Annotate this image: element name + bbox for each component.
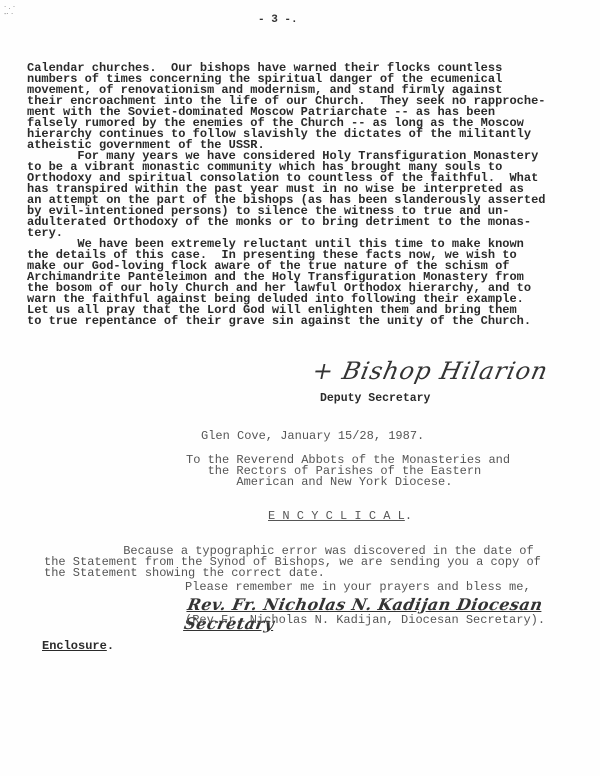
place-date: Glen Cove, January 15/28, 1987. [201, 431, 424, 442]
typed-signature: (Rev.Fr. Nicholas N. Kadijan, Diocesan S… [185, 615, 545, 626]
handwritten-signature-bishop: + Bishop Hilarion [310, 357, 551, 385]
scan-specks: · . ·-· · [4, 4, 15, 18]
heading-period: . [405, 509, 412, 523]
text-line: to true repentance of their grave sin ag… [27, 316, 531, 327]
text-line: adulterated Orthodoxy of the monks or to… [27, 217, 531, 228]
closing-line: Please remember me in your prayers and b… [185, 582, 531, 593]
addressee-line: American and New York Diocese. [186, 477, 452, 488]
enclosure-note: Enclosure. [42, 641, 114, 652]
encyclical-heading: E N C Y C L I C A L. [268, 511, 412, 522]
signature-title: Deputy Secretary [320, 393, 430, 404]
document-page: · . ·-· · - 3 -. Calendar churches. Our … [0, 0, 600, 776]
enclosure-period: . [107, 639, 114, 653]
page-number: - 3 -. [258, 14, 298, 26]
letter-body-line: the Statement showing the correct date. [44, 568, 325, 579]
heading-text: E N C Y C L I C A L [268, 509, 405, 523]
enclosure-label: Enclosure [42, 639, 107, 653]
